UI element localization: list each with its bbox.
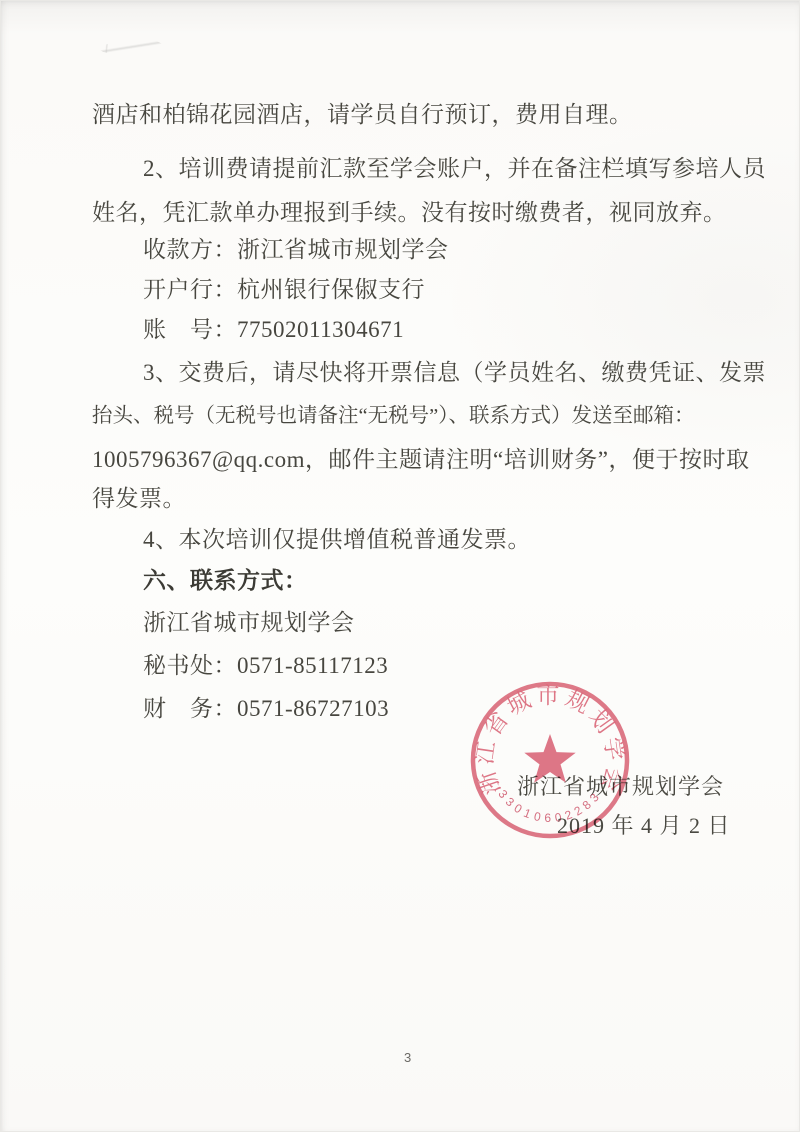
section-heading-contact: 六、联系方式： xyxy=(143,562,308,595)
body-line: 得发票。 xyxy=(92,480,186,513)
body-line: 2、培训费请提前汇款至学会账户，并在备注栏填写参培人员 xyxy=(143,150,766,183)
email-line: 1005796367@qq.com，邮件主题请注明“培训财务”，便于按时取 xyxy=(92,441,749,474)
body-line: 4、本次培训仅提供增值税普通发票。 xyxy=(143,521,531,554)
secretariat-phone-line: 秘书处：0571-85117123 xyxy=(143,647,388,680)
body-line: 3、交费后，请尽快将开票信息（学员姓名、缴费凭证、发票 xyxy=(143,354,766,387)
finance-phone-line: 财 务：0571-86727103 xyxy=(143,690,389,723)
seal-number-text: 33010602283 xyxy=(495,787,604,825)
body-line: 抬头、税号（无税号也请备注“无税号”）、联系方式）发送至邮箱： xyxy=(92,398,694,428)
seal-star-icon xyxy=(524,734,575,783)
org-name-line: 浙江省城市规划学会 xyxy=(143,604,355,637)
official-seal: 浙江省城市规划学会 33010602283 xyxy=(468,680,632,840)
page-number: 3 xyxy=(404,1050,411,1065)
account-number-line: 账 号：77502011304671 xyxy=(143,311,404,344)
payee-line: 收款方：浙江省城市规划学会 xyxy=(143,231,449,264)
body-line: 姓名，凭汇款单办理报到手续。没有按时缴费者，视同放弃。 xyxy=(92,194,727,227)
pencil-smudge-mark xyxy=(100,38,163,56)
bank-line: 开户行：杭州银行保俶支行 xyxy=(143,271,425,304)
scanned-document-page: 酒店和柏锦花园酒店，请学员自行预订，费用自理。 2、培训费请提前汇款至学会账户，… xyxy=(0,0,800,1132)
body-line: 酒店和柏锦花园酒店，请学员自行预订，费用自理。 xyxy=(92,96,633,129)
